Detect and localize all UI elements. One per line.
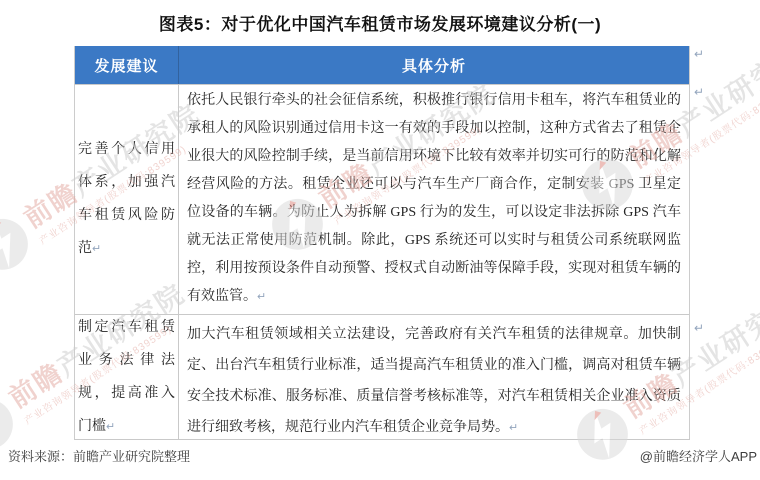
paragraph-mark: ↵ (106, 421, 115, 433)
column-header-analysis: 具体分析 (179, 46, 689, 84)
credit-note: @前瞻经济学人APP (640, 446, 757, 465)
source-note: 资料来源：前瞻产业研究院整理 (8, 446, 190, 465)
analysis-text: 依托人民银行牵头的社会征信系统，积极推行银行信用卡租车，将汽车租赁业的承租人的风… (187, 93, 681, 304)
paragraph-mark: ↵ (92, 243, 101, 255)
page-title: 图表5：对于优化中国汽车租赁市场发展环境建议分析(一) (0, 10, 760, 35)
column-header-suggestion: 发展建议 (75, 46, 179, 84)
suggestion-cell: 完善个人信用体系，加强汽车租赁风险防范↵ (75, 85, 179, 314)
table-row: 完善个人信用体系，加强汽车租赁风险防范↵ 依托人民银行牵头的社会征信系统，积极推… (75, 84, 689, 314)
analysis-cell: 依托人民银行牵头的社会征信系统，积极推行银行信用卡租车，将汽车租赁业的承租人的风… (179, 85, 689, 314)
qianzhan-logo-icon (0, 207, 43, 286)
table-row: 制定汽车租赁业务法律法规，提高准入门槛↵ 加大汽车租赁领域相关立法建设，完善政府… (75, 314, 689, 439)
analysis-table: 发展建议 具体分析 完善个人信用体系，加强汽车租赁风险防范↵ 依托人民银行牵头的… (74, 46, 690, 440)
paragraph-mark: ↵ (694, 85, 704, 99)
paragraph-mark: ↵ (509, 422, 518, 434)
suggestion-text: 完善个人信用体系，加强汽车租赁风险防范 (78, 142, 175, 256)
analysis-text: 加大汽车租赁领域相关立法建设，完善政府有关汽车租赁的法律规章。加快制定、出台汽车… (187, 327, 681, 435)
paragraph-mark: ↵ (694, 321, 704, 335)
paragraph-mark: ↵ (257, 291, 266, 303)
suggestion-text: 制定汽车租赁业务法律法规，提高准入门槛 (78, 320, 175, 434)
paragraph-mark: ↵ (694, 47, 704, 61)
watermark-brand: 前瞻 (4, 357, 69, 414)
analysis-cell: 加大汽车租赁领域相关立法建设，完善政府有关汽车租赁的法律规章。加快制定、出台汽车… (179, 315, 689, 439)
report-page: { "title": "图表5：对于优化中国汽车租赁市场发展环境建议分析(一)"… (0, 0, 760, 480)
suggestion-cell: 制定汽车租赁业务法律法规，提高准入门槛↵ (75, 315, 179, 439)
table-header-row: 发展建议 具体分析 (75, 46, 689, 84)
